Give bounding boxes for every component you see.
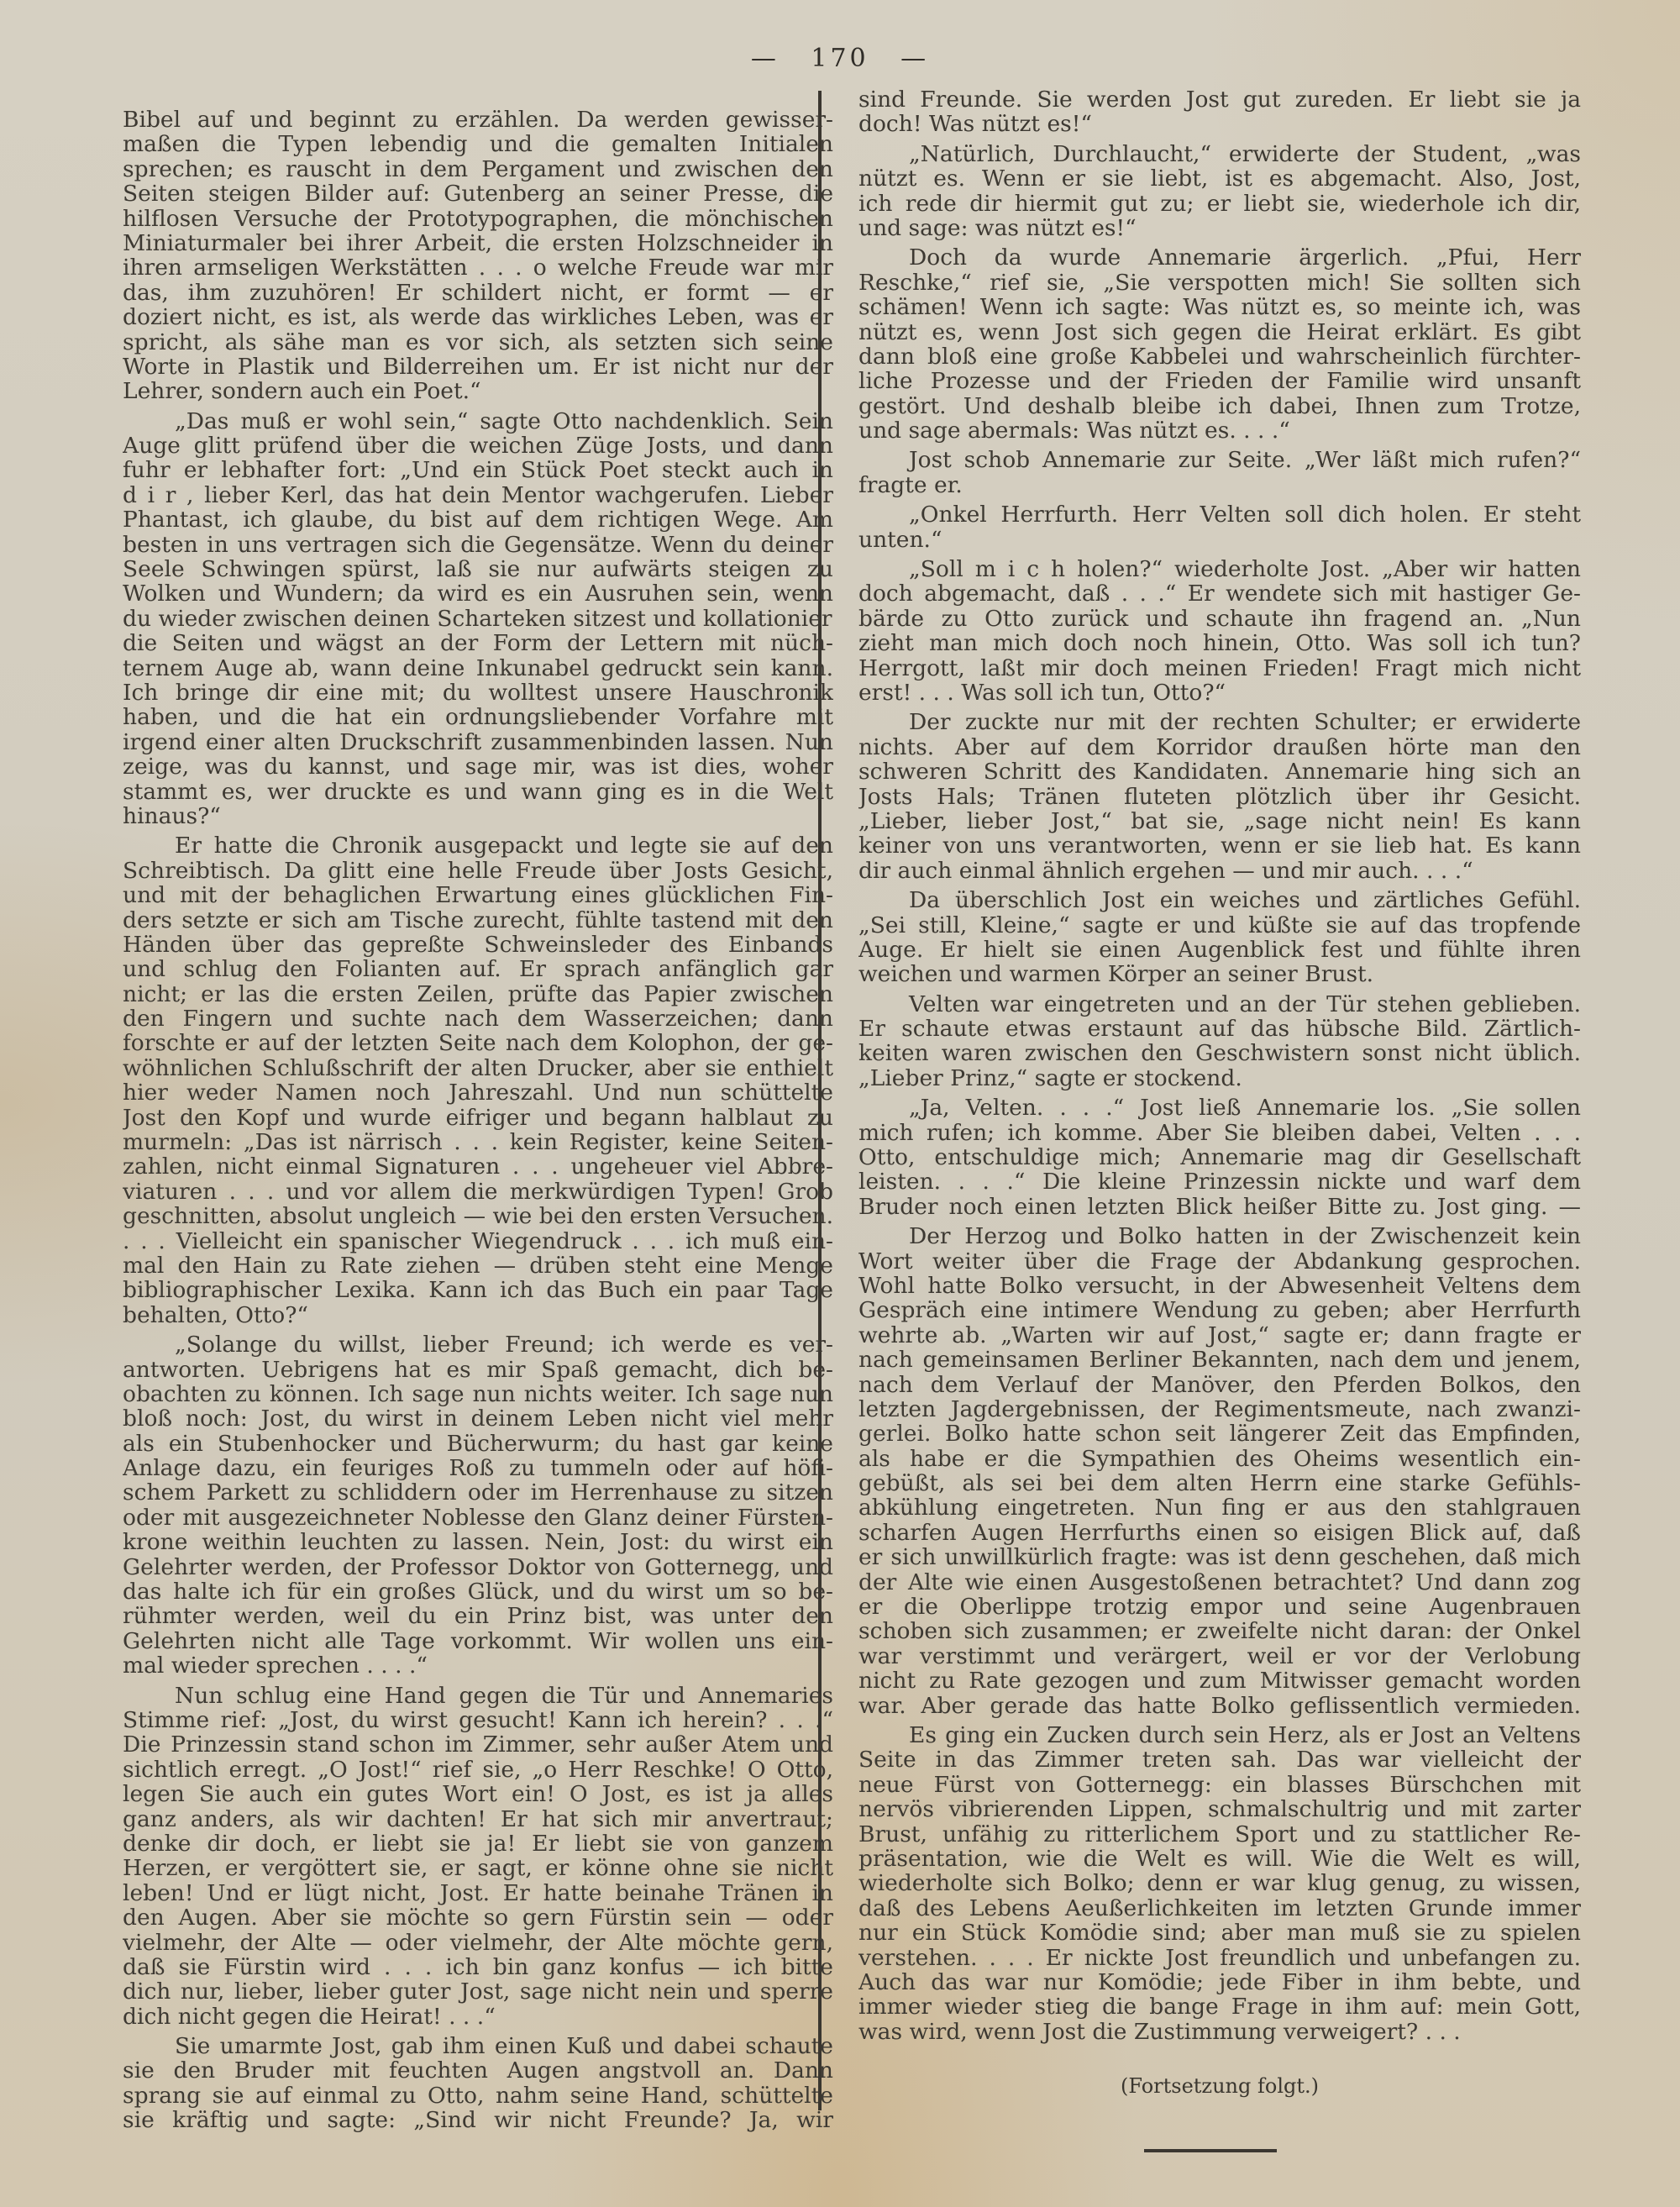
text-line: Gelehrter werden, der Professor Doktor v…: [123, 1555, 833, 1579]
text-line: schoben sich zusammen; er zweifelte nich…: [858, 1619, 1581, 1643]
text-line: Sie umarmte Jost, gab ihm einen Kuß und …: [123, 2034, 833, 2058]
text-line: Der Herzog und Bolko hatten in der Zwisc…: [858, 1224, 1581, 1248]
text-line: Der zuckte nur mit der rechten Schulter;…: [858, 710, 1581, 734]
text-line: Phantast, ich glaube, du bist auf dem ri…: [123, 507, 833, 532]
text-line: besten in uns vertragen sich die Gegensä…: [123, 533, 833, 557]
text-line: haben, und die hat ein ordnungsliebender…: [123, 705, 833, 729]
text-line: Anlage dazu, ein feuriges Roß zu tummeln…: [123, 1456, 833, 1480]
text-line: Lehrer, sondern auch ein Poet.“: [123, 379, 833, 403]
text-line: Die Prinzessin stand schon im Zimmer, se…: [123, 1732, 833, 1757]
text-line: irgend einer alten Druckschrift zusammen…: [123, 730, 833, 754]
text-line: gerlei. Bolko hatte schon seit längerer …: [858, 1421, 1581, 1446]
text-line: gestört. Und deshalb bleibe ich dabei, I…: [858, 394, 1581, 418]
text-line: Stimme rief: „Jost, du wirst gesucht! Ka…: [123, 1708, 833, 1732]
text-line: leisten. . . .“ Die kleine Prinzessin ni…: [858, 1169, 1581, 1194]
page-number: 170: [811, 44, 869, 73]
text-line: krone weithin leuchten zu lassen. Nein, …: [123, 1530, 833, 1554]
text-line: erst! . . . Was soll ich tun, Otto?“: [858, 680, 1581, 705]
text-line: geschnitten, absolut ungleich — wie bei …: [123, 1204, 833, 1228]
text-line: Herzen, er vergöttert sie, er sagt, er k…: [123, 1856, 833, 1880]
text-line: oder mit ausgezeichneter Noblesse den Gl…: [123, 1505, 833, 1530]
text-line: ternem Auge ab, wann deine Inkunabel ged…: [123, 656, 833, 680]
text-line: ders setzte er sich am Tische zurecht, f…: [123, 908, 833, 933]
text-line: maßen die Typen lebendig und die gemalte…: [123, 132, 833, 156]
text-line: Wolken und Wundern; da wird es ein Ausru…: [123, 581, 833, 606]
text-line: wöhnlichen Schlußschrift der alten Druck…: [123, 1056, 833, 1080]
text-line: dich nicht gegen die Heirat! . . .“: [123, 2005, 833, 2029]
text-line: Jost den Kopf und wurde eifriger und beg…: [123, 1106, 833, 1130]
header-dash-left: —: [751, 44, 780, 73]
text-line: mal wieder sprechen . . . .“: [123, 1653, 833, 1678]
text-line: mal den Hain zu Rate ziehen — drüben ste…: [123, 1253, 833, 1278]
end-rule: [1144, 2149, 1277, 2152]
text-line: die Seiten und wägst an der Form der Let…: [123, 631, 833, 655]
text-line: stammt es, wer druckte es und wann ging …: [123, 780, 833, 804]
text-line: Bruder noch einen letzten Blick heißer B…: [858, 1195, 1581, 1219]
text-line: unten.“: [858, 528, 1581, 552]
text-line: du wieder zwischen deinen Scharteken sit…: [123, 607, 833, 631]
text-line: Velten war eingetreten und an der Tür st…: [858, 992, 1581, 1017]
text-line: ihren armseligen Werkstätten . . . o wel…: [123, 255, 833, 280]
text-line: „Sei still, Kleine,“ sagte er und küßte …: [858, 913, 1581, 938]
text-line: nach gemeinsamen Berliner Bekannten, nac…: [858, 1348, 1581, 1372]
text-line: sichtlich erregt. „O Jost!“ rief sie, „o…: [123, 1758, 833, 1782]
text-line: Gespräch eine intimere Wendung zu geben;…: [858, 1298, 1581, 1322]
text-line: und sage: was nützt es!“: [858, 216, 1581, 240]
text-line: dich nur, lieber, lieber guter Jost, sag…: [123, 1979, 833, 2004]
text-line: wehrte ab. „Warten wir auf Jost,“ sagte …: [858, 1323, 1581, 1348]
text-line: Gelehrten nicht alle Tage vorkommt. Wir …: [123, 1629, 833, 1653]
text-line: Händen über das gepreßte Schweinsleder d…: [123, 933, 833, 957]
text-line: nervös vibrierenden Lippen, schmalschult…: [858, 1797, 1581, 1821]
text-line: hilflosen Versuche der Prototypographen,…: [123, 207, 833, 231]
header-dash-right: —: [900, 44, 929, 73]
text-line: Schreibtisch. Da glitt eine helle Freude…: [123, 859, 833, 883]
text-line: Josts Hals; Tränen fluteten plötzlich üb…: [858, 785, 1581, 809]
text-line: denke dir doch, er liebt sie ja! Er lieb…: [123, 1831, 833, 1856]
text-line: Er schaute etwas erstaunt auf das hübsch…: [858, 1017, 1581, 1041]
text-line: daß sie Fürstin wird . . . ich bin ganz …: [123, 1955, 833, 1979]
text-line: nach dem Verlauf der Manöver, den Pferde…: [858, 1373, 1581, 1397]
text-line: abkühlung eingetreten. Nun fing er aus d…: [858, 1495, 1581, 1520]
text-line: Seiten steigen Bilder auf: Gutenberg an …: [123, 181, 833, 206]
text-line: letzten Jagdergebnissen, der Regimentsme…: [858, 1397, 1581, 1421]
text-line: immer wieder stieg die bange Frage in ih…: [858, 1994, 1581, 2019]
text-line: dir auch einmal ähnlich ergehen — und mi…: [858, 859, 1581, 883]
text-line: keiten waren zwischen den Geschwistern s…: [858, 1041, 1581, 1065]
text-line: viaturen . . . und vor allem die merkwür…: [123, 1180, 833, 1204]
text-line: behalten, Otto?“: [123, 1303, 833, 1327]
text-line: Reschke,“ rief sie, „Sie verspotten mich…: [858, 271, 1581, 295]
text-line: sind Freunde. Sie werden Jost gut zurede…: [858, 87, 1581, 112]
text-line: das halte ich für ein großes Glück, und …: [123, 1579, 833, 1604]
text-line: und sage abermals: Was nützt es. . . .“: [858, 418, 1581, 443]
text-line: Otto, entschuldige mich; Annemarie mag d…: [858, 1145, 1581, 1169]
left-column: Bibel auf und beginnt zu erzählen. Da we…: [123, 108, 833, 2133]
text-line: Es ging ein Zucken durch sein Herz, als …: [858, 1723, 1581, 1747]
text-line: bärde zu Otto zurück und schaute ihn fra…: [858, 607, 1581, 631]
text-line: sprechen; es rauscht in dem Pergament un…: [123, 157, 833, 181]
text-line: Worte in Plastik und Bilderreihen um. Er…: [123, 355, 833, 379]
text-line: weichen und warmen Körper an seiner Brus…: [858, 962, 1581, 986]
text-line: bibliographischer Lexika. Kann ich das B…: [123, 1278, 833, 1302]
text-line: wiederholte sich Bolko; denn er war klug…: [858, 1871, 1581, 1895]
text-line: schem Parkett zu schliddern oder im Herr…: [123, 1480, 833, 1505]
text-line: scharfen Augen Herrfurths einen so eisig…: [858, 1521, 1581, 1545]
text-line: obachten zu können. Ich sage nun nichts …: [123, 1382, 833, 1406]
text-line: Doch da wurde Annemarie ärgerlich. „Pfui…: [858, 245, 1581, 270]
text-line: als ein Stubenhocker und Bücherwurm; du …: [123, 1432, 833, 1456]
text-line: gebüßt, als sei bei dem alten Herrn eine…: [858, 1471, 1581, 1495]
text-line: nicht; er las die ersten Zeilen, prüfte …: [123, 982, 833, 1006]
text-line: er sich unwillkürlich fragte: was ist de…: [858, 1545, 1581, 1569]
text-line: nur ein Stück Komödie sind; aber man muß…: [858, 1921, 1581, 1945]
text-line: mich rufen; ich komme. Aber Sie bleiben …: [858, 1121, 1581, 1145]
text-line: antworten. Uebrigens hat es mir Spaß gem…: [123, 1358, 833, 1382]
text-line: dann bloß eine große Kabbelei und wahrsc…: [858, 344, 1581, 369]
text-line: „Soll m i c h holen?“ wiederholte Jost. …: [858, 557, 1581, 581]
text-line: Ich bringe dir eine mit; du wolltest uns…: [123, 680, 833, 705]
text-line: war verstimmt und verärgert, weil er vor…: [858, 1644, 1581, 1668]
text-line: der Alte wie einen Ausgestoßenen betrach…: [858, 1570, 1581, 1595]
text-line: nicht zu Rate gezogen und zum Mitwisser …: [858, 1668, 1581, 1693]
text-line: keiner von uns verantworten, wenn er sie…: [858, 833, 1581, 858]
text-line: nützt es, wenn Jost sich gegen die Heira…: [858, 320, 1581, 344]
text-line: doch abgemacht, daß . . .“ Er wendete si…: [858, 581, 1581, 606]
text-line: schweren Schritt des Kandidaten. Annemar…: [858, 759, 1581, 784]
text-line: Wort weiter über die Frage der Abdankung…: [858, 1249, 1581, 1274]
right-column: sind Freunde. Sie werden Jost gut zurede…: [833, 87, 1581, 2152]
text-line: bloß noch: Jost, du wirst in deinem Lebe…: [123, 1406, 833, 1431]
text-line: präsentation, wie die Welt es will. Wie …: [858, 1847, 1581, 1871]
text-line: Herrgott, laßt mir doch meinen Frieden! …: [858, 656, 1581, 680]
text-line: ganz anders, als wir dachten! Er hat sic…: [123, 1807, 833, 1831]
text-line: und mit der behaglichen Erwartung eines …: [123, 883, 833, 907]
text-line: als habe er die Sympathien des Oheims we…: [858, 1447, 1581, 1471]
text-line: Er hatte die Chronik ausgepackt und legt…: [123, 833, 833, 858]
text-line: hinaus?“: [123, 804, 833, 828]
text-line: Seite in das Zimmer treten sah. Das war …: [858, 1747, 1581, 1772]
text-line: verstehen. . . . Er nickte Jost freundli…: [858, 1946, 1581, 1970]
text-line: rühmter werden, weil du ein Prinz bist, …: [123, 1604, 833, 1628]
text-line: was wird, wenn Jost die Zustimmung verwe…: [858, 2020, 1581, 2044]
text-line: Bibel auf und beginnt zu erzählen. Da we…: [123, 108, 833, 132]
text-line: Wohl hatte Bolko versucht, in der Abwese…: [858, 1274, 1581, 1298]
text-line: „Ja, Velten. . . .“ Jost ließ Annemarie …: [858, 1096, 1581, 1120]
text-line: zeige, was du kannst, und sage mir, was …: [123, 754, 833, 779]
text-line: sprang sie auf einmal zu Otto, nahm sein…: [123, 2084, 833, 2108]
text-line: . . . Vielleicht ein spanischer Wiegendr…: [123, 1229, 833, 1253]
text-line: legen Sie auch ein gutes Wort ein! O Jos…: [123, 1782, 833, 1806]
text-line: zahlen, nicht einmal Signaturen . . . un…: [123, 1154, 833, 1179]
text-line: „Solange du willst, lieber Freund; ich w…: [123, 1332, 833, 1357]
text-line: sie den Bruder mit feuchten Augen angstv…: [123, 2058, 833, 2083]
text-line: murmeln: „Das ist närrisch . . . kein Re…: [123, 1130, 833, 1154]
text-line: „Lieber, lieber Jost,“ bat sie, „sage ni…: [858, 809, 1581, 833]
text-line: zieht man mich doch noch hinein, Otto. W…: [858, 631, 1581, 655]
text-line: Da überschlich Jost ein weiches und zärt…: [858, 888, 1581, 912]
continuation-note: (Fortsetzung folgt.): [858, 2074, 1581, 2099]
text-line: sie kräftig und sagte: „Sind wir nicht F…: [123, 2108, 833, 2132]
text-line: daß des Lebens Aeußerlichkeiten im letzt…: [858, 1896, 1581, 1921]
text-line: Nun schlug eine Hand gegen die Tür und A…: [123, 1684, 833, 1708]
text-line: Brust, unfähig zu ritterlichem Sport und…: [858, 1822, 1581, 1847]
text-line: doziert nicht, es ist, als werde das wir…: [123, 305, 833, 329]
text-line: neue Fürst von Gotternegg: ein blasses B…: [858, 1773, 1581, 1797]
text-line: Auge. Er hielt sie einen Augenblick fest…: [858, 938, 1581, 962]
text-line: war. Aber gerade das hatte Bolko gefliss…: [858, 1694, 1581, 1718]
text-line: „Natürlich, Durchlaucht,“ erwiderte der …: [858, 142, 1581, 166]
text-line: „Lieber Prinz,“ sagte er stockend.: [858, 1066, 1581, 1090]
text-line: den Fingern und suchte nach dem Wasserze…: [123, 1006, 833, 1031]
text-line: nichts. Aber auf dem Korridor draußen hö…: [858, 735, 1581, 759]
text-line: ich rede dir hiermit gut zu; er liebt si…: [858, 192, 1581, 216]
text-line: liche Prozesse und der Frieden der Famil…: [858, 369, 1581, 393]
text-line: schämen! Wenn ich sagte: Was nützt es, s…: [858, 295, 1581, 319]
text-line: spricht, als sähe man es vor sich, als s…: [123, 330, 833, 355]
text-line: nützt es. Wenn er sie liebt, ist es abge…: [858, 166, 1581, 191]
text-line: doch! Was nützt es!“: [858, 112, 1581, 136]
text-line: hier weder Namen noch Jahreszahl. Und nu…: [123, 1080, 833, 1105]
text-line: „Das muß er wohl sein,“ sagte Otto nachd…: [123, 409, 833, 434]
text-line: Seele Schwingen spürst, laß sie nur aufw…: [123, 557, 833, 581]
right-column-text: sind Freunde. Sie werden Jost gut zurede…: [858, 87, 1581, 2044]
text-line: Auge glitt prüfend über die weichen Züge…: [123, 434, 833, 458]
page-header: — 170 —: [0, 44, 1680, 73]
text-line: Auch das war nur Komödie; jede Fiber in …: [858, 1970, 1581, 1994]
text-line: fragte er.: [858, 473, 1581, 497]
text-line: fuhr er lebhafter fort: „Und ein Stück P…: [123, 458, 833, 482]
text-line: vielmehr, der Alte — oder vielmehr, der …: [123, 1931, 833, 1955]
text-line: das, ihm zuzuhören! Er schildert nicht, …: [123, 281, 833, 305]
text-line: „Onkel Herrfurth. Herr Velten soll dich …: [858, 502, 1581, 527]
text-line: Miniaturmaler bei ihrer Arbeit, die erst…: [123, 231, 833, 255]
text-line: forschte er auf der letzten Seite nach d…: [123, 1031, 833, 1055]
text-line: den Augen. Aber sie möchte so gern Fürst…: [123, 1905, 833, 1930]
text-line: leben! Und er lügt nicht, Jost. Er hatte…: [123, 1881, 833, 1905]
text-line: und schlug den Folianten auf. Er sprach …: [123, 957, 833, 981]
text-line: d i r , lieber Kerl, das hat dein Mentor…: [123, 483, 833, 507]
text-line: Jost schob Annemarie zur Seite. „Wer läß…: [858, 448, 1581, 472]
text-line: er die Oberlippe trotzig empor und seine…: [858, 1595, 1581, 1619]
